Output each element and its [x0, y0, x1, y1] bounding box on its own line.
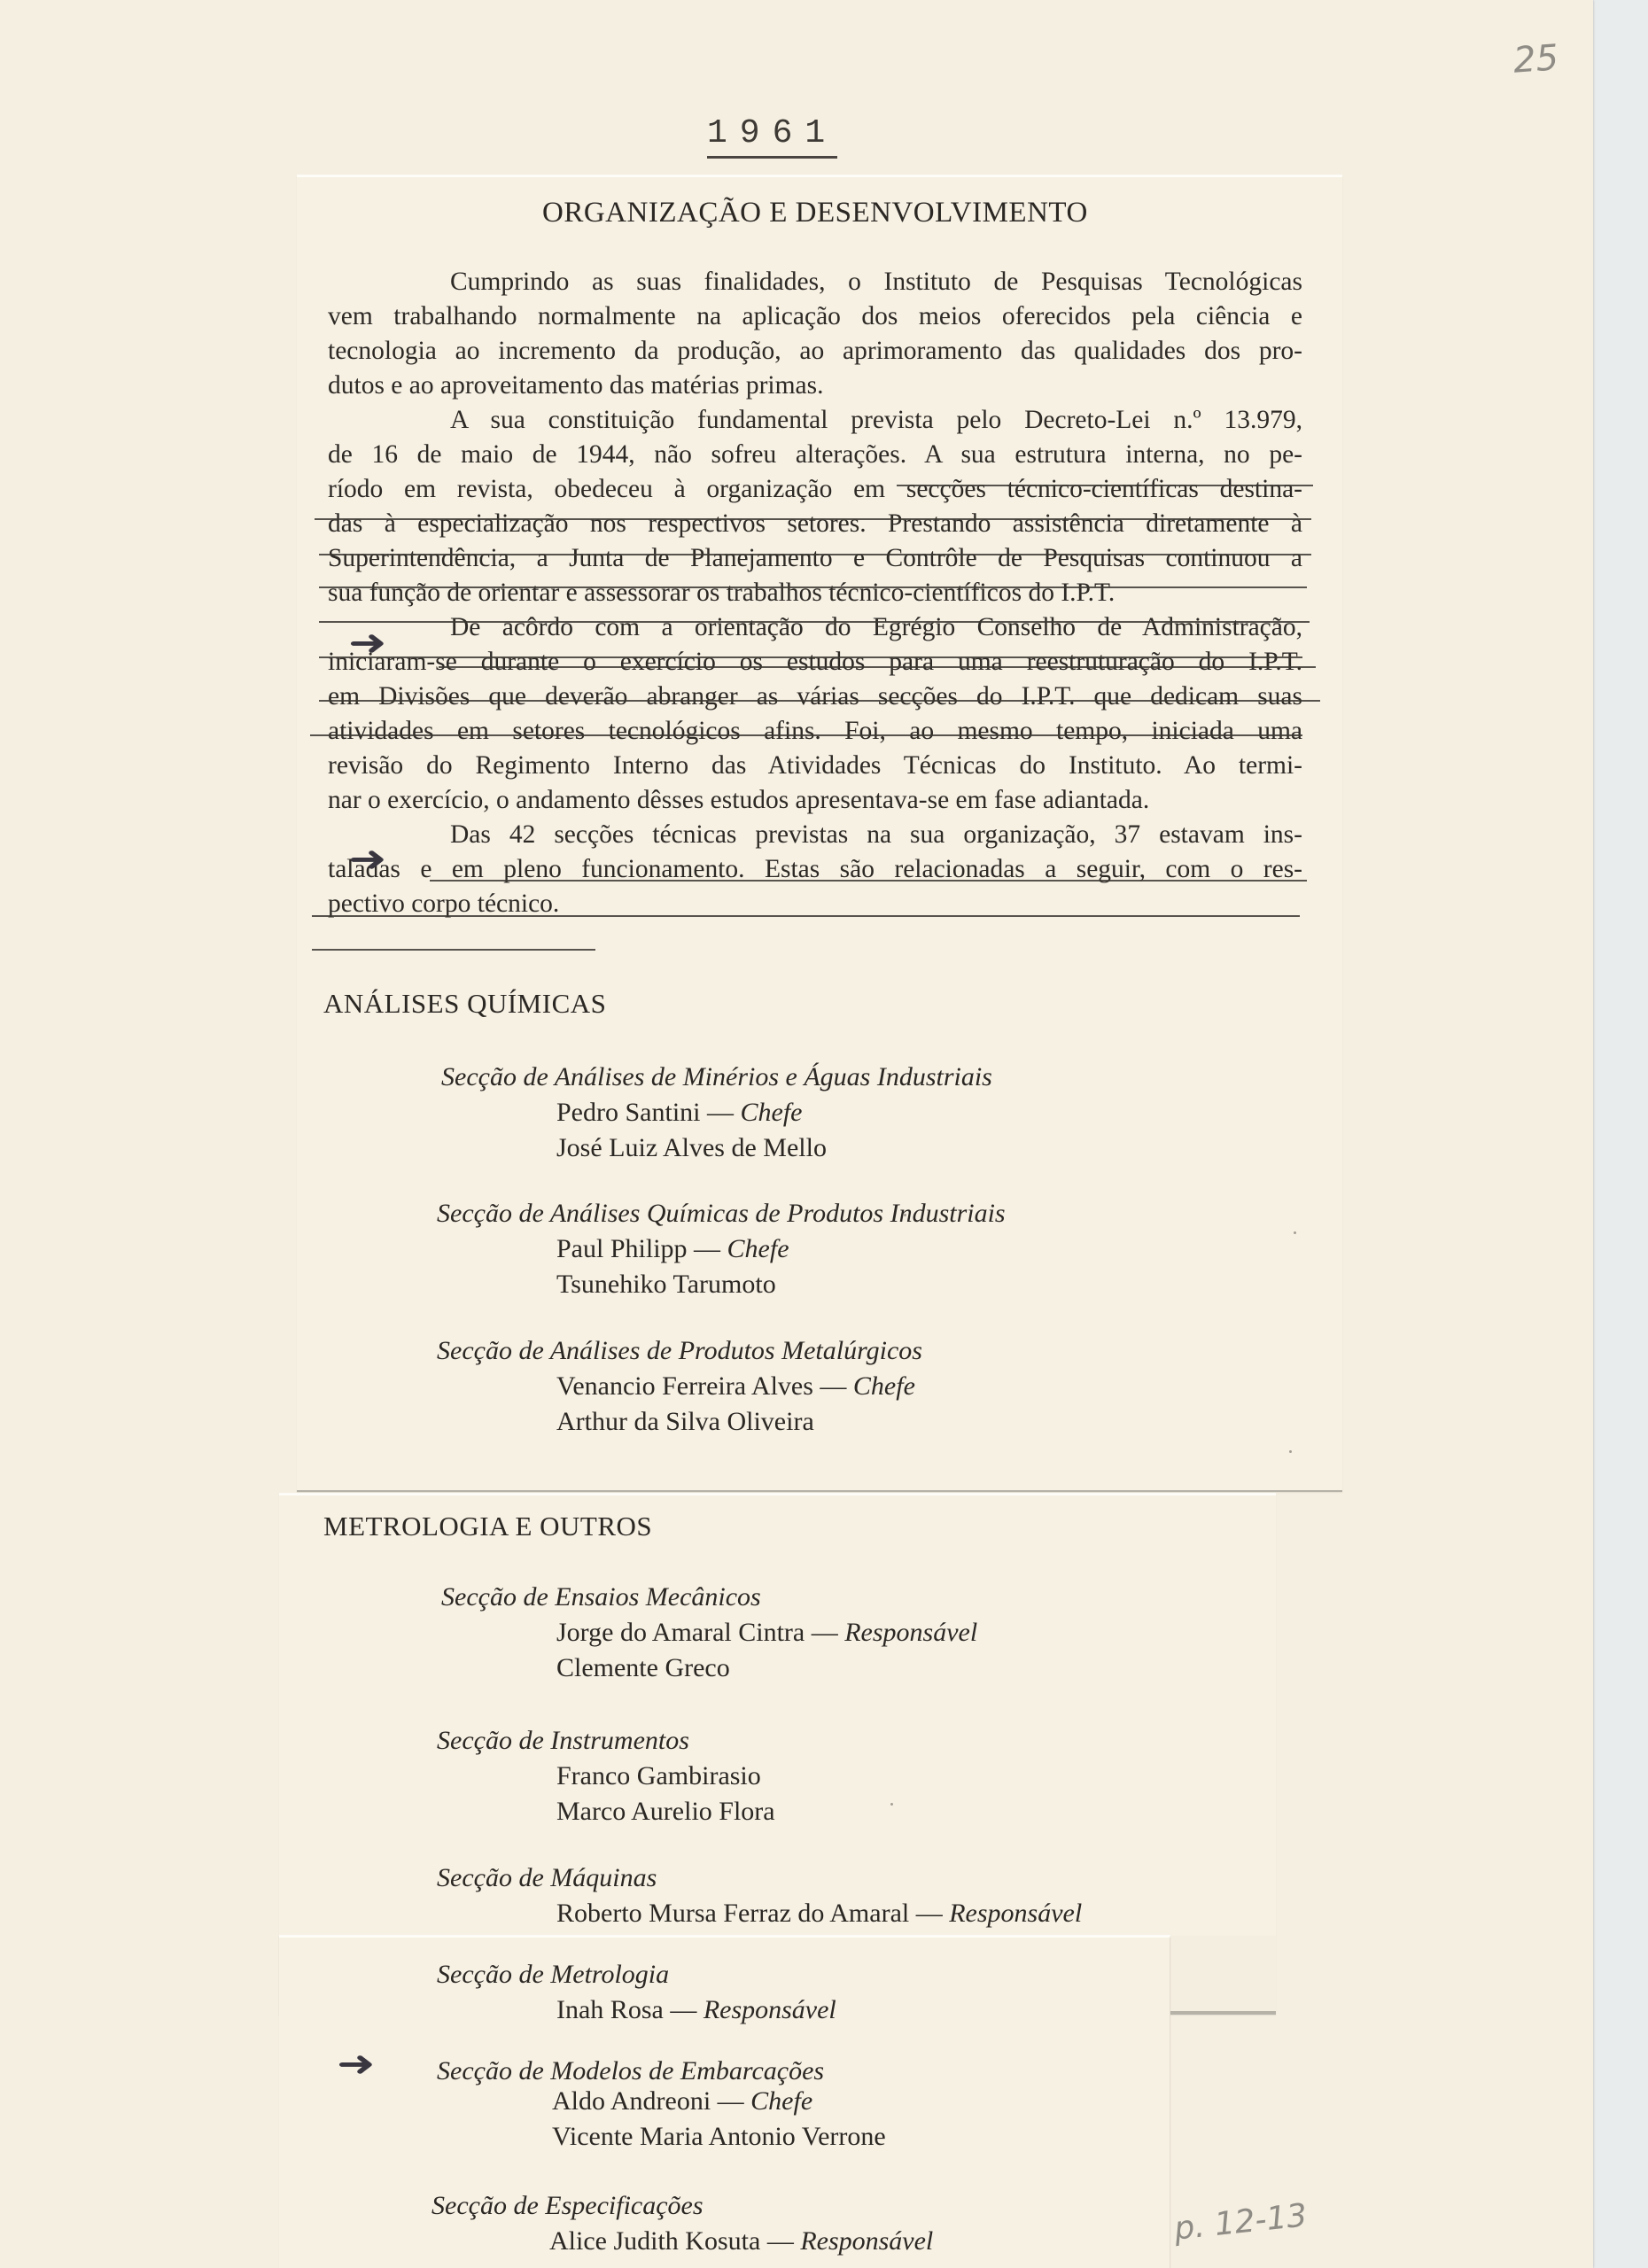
section-title: Secção de Metrologia [437, 1957, 836, 1992]
paragraph-line: De acôrdo com a orientação do Egrégio Co… [328, 610, 1302, 645]
paragraph-line: Das 42 secções técnicas previstas na sua… [328, 818, 1302, 852]
member-role: Chefe [741, 1098, 803, 1127]
section-block: Secção de Ensaios Mecânicos Jorge do Ama… [441, 1580, 977, 1686]
paragraph-line: de 16 de maio de 1944, não sofreu altera… [328, 438, 1302, 472]
section-title: Secção de Instrumentos [437, 1723, 775, 1759]
paragraph-line: ríodo em revista, obedeceu à organização… [328, 472, 1302, 507]
member-row: Clemente Greco [441, 1651, 977, 1686]
pen-underline [312, 949, 595, 951]
pen-underline [319, 700, 1320, 702]
member-role: Chefe [727, 1234, 789, 1263]
section-block: Secção de Modelos de Embarcações Aldo An… [437, 2054, 886, 2155]
pen-underline [312, 915, 1300, 917]
separator: — [760, 2226, 800, 2256]
member-name: Arthur da Silva Oliveira [556, 1407, 814, 1436]
member-name: Tsunehiko Tarumoto [556, 1270, 776, 1299]
member-row: Marco Aurelio Flora [437, 1794, 775, 1829]
member-role: Chefe [853, 1371, 915, 1401]
member-row: Arthur da Silva Oliveira [437, 1404, 922, 1440]
pen-arrow-icon: ➜ [337, 2047, 376, 2082]
clipping-metrologia-tail [1170, 1936, 1276, 2013]
member-row: Venancio Ferreira Alves — Chefe [437, 1369, 922, 1404]
member-name: Jorge do Amaral Cintra [556, 1618, 805, 1647]
section-block: Secção de Instrumentos Franco Gambirasio… [437, 1723, 775, 1829]
pen-underline [310, 734, 1302, 736]
paragraph-line: Superintendência, a Junta de Planejament… [328, 541, 1302, 576]
member-name: Venancio Ferreira Alves [556, 1371, 813, 1401]
paragraph-line: dutos e ao aproveitamento das matérias p… [328, 369, 1302, 403]
handwritten-page-number: 25 [1512, 37, 1559, 81]
member-name: José Luiz Alves de Mello [556, 1133, 827, 1162]
separator: — [909, 1899, 949, 1928]
member-role: Chefe [750, 2086, 812, 2116]
member-name: Paul Philipp [556, 1234, 688, 1263]
pen-arrow-icon: ➜ [348, 842, 387, 877]
separator: — [711, 2086, 750, 2116]
section-block: Secção de Especificações Alice Judith Ko… [431, 2188, 933, 2259]
section-block: Secção de Análises de Minérios e Águas I… [441, 1060, 992, 1166]
member-row: Roberto Mursa Ferraz do Amaral — Respons… [437, 1896, 1082, 1931]
member-row: Aldo Andreoni — Chefe [437, 2084, 886, 2119]
section-title: Secção de Ensaios Mecânicos [441, 1580, 977, 1615]
pen-underline [319, 656, 1302, 658]
member-name: Vicente Maria Antonio Verrone [552, 2122, 886, 2151]
section-block: Secção de Metrologia Inah Rosa — Respons… [437, 1957, 836, 2028]
pen-underline [439, 666, 1316, 668]
paragraph-line: atividades em setores tecnológicos afins… [328, 714, 1302, 749]
member-row: Vicente Maria Antonio Verrone [437, 2119, 886, 2155]
pen-arrow-icon: ➜ [348, 625, 387, 661]
member-name: Alice Judith Kosuta [549, 2226, 760, 2256]
separator: — [664, 1995, 704, 2024]
section-title: Secção de Análises Químicas de Produtos … [437, 1196, 1006, 1231]
separator: — [701, 1098, 741, 1127]
pen-underline [319, 586, 1307, 588]
paragraph-line: em Divisões que deverão abranger as vári… [328, 680, 1302, 714]
paragraph-line: iniciaram-se durante o exercício os estu… [328, 645, 1302, 680]
pen-underline [897, 485, 1313, 486]
group-heading-analises-quimicas: ANÁLISES QUÍMICAS [323, 988, 606, 1020]
section-title: Secção de Máquinas [437, 1860, 1082, 1896]
separator: — [688, 1234, 727, 1263]
paper-speck [904, 1214, 906, 1216]
member-row: Alice Judith Kosuta — Responsável [431, 2224, 933, 2259]
member-name: Inah Rosa [556, 1995, 664, 2024]
member-row: Franco Gambirasio [437, 1759, 775, 1794]
separator: — [813, 1371, 853, 1401]
member-name: Aldo Andreoni [552, 2086, 711, 2116]
paragraph-line: sua função de orientar e assessorar os t… [328, 576, 1302, 610]
group-heading-metrologia-e-outros: METROLOGIA E OUTROS [323, 1511, 652, 1542]
paragraph-line: tecnologia ao incremento da produção, ao… [328, 334, 1302, 369]
pen-underline [319, 621, 1310, 623]
member-row: José Luiz Alves de Mello [441, 1130, 992, 1166]
intro-paragraphs: Cumprindo as suas finalidades, o Institu… [328, 265, 1302, 921]
member-name: Marco Aurelio Flora [556, 1797, 775, 1826]
member-name: Clemente Greco [556, 1653, 730, 1682]
member-row: Inah Rosa — Responsável [437, 1992, 836, 2028]
section-block: Secção de Análises de Produtos Metalúrgi… [437, 1333, 922, 1440]
pen-underline [315, 518, 1311, 520]
member-row: Paul Philipp — Chefe [437, 1231, 1006, 1267]
paper-speck [1294, 1231, 1296, 1234]
member-row: Tsunehiko Tarumoto [437, 1267, 1006, 1302]
section-title: Secção de Análises de Produtos Metalúrgi… [437, 1333, 922, 1369]
paragraph-line: A sua constituição fundamental prevista … [328, 403, 1302, 438]
paragraph-line: nar o exercício, o andamento dêsses estu… [328, 783, 1302, 818]
member-role: Responsável [704, 1995, 836, 2024]
member-name: Roberto Mursa Ferraz do Amaral [556, 1899, 909, 1928]
member-row: Jorge do Amaral Cintra — Responsável [441, 1615, 977, 1651]
section-title: Secção de Análises de Minérios e Águas I… [441, 1060, 992, 1095]
paragraph-line: das à especialização nos respectivos set… [328, 507, 1302, 541]
member-role: Responsável [949, 1899, 1082, 1928]
paper-speck [1289, 1450, 1292, 1453]
paper-speck [890, 1803, 893, 1806]
member-role: Responsável [800, 2226, 933, 2256]
member-name: Franco Gambirasio [556, 1761, 761, 1790]
member-role: Responsável [844, 1618, 977, 1647]
year-heading: 1961 [707, 113, 837, 159]
section-block: Secção de Máquinas Roberto Mursa Ferraz … [437, 1860, 1082, 1931]
page-title: ORGANIZAÇÃO E DESENVOLVIMENTO [542, 197, 1088, 229]
paragraph-line: revisão do Regimento Interno das Ativida… [328, 749, 1302, 783]
paragraph-line: taladas e em pleno funcionamento. Estas … [328, 852, 1302, 887]
paragraph-line: Cumprindo as suas finalidades, o Institu… [328, 265, 1302, 299]
paragraph-line: vem trabalhando normalmente na aplicação… [328, 299, 1302, 334]
pen-underline [319, 554, 1311, 555]
separator: — [805, 1618, 844, 1647]
pen-underline [430, 880, 1307, 882]
section-block: Secção de Análises Químicas de Produtos … [437, 1196, 1006, 1302]
member-name: Pedro Santini [556, 1098, 701, 1127]
member-row: Pedro Santini — Chefe [441, 1095, 992, 1130]
section-title: Secção de Especificações [431, 2188, 933, 2224]
